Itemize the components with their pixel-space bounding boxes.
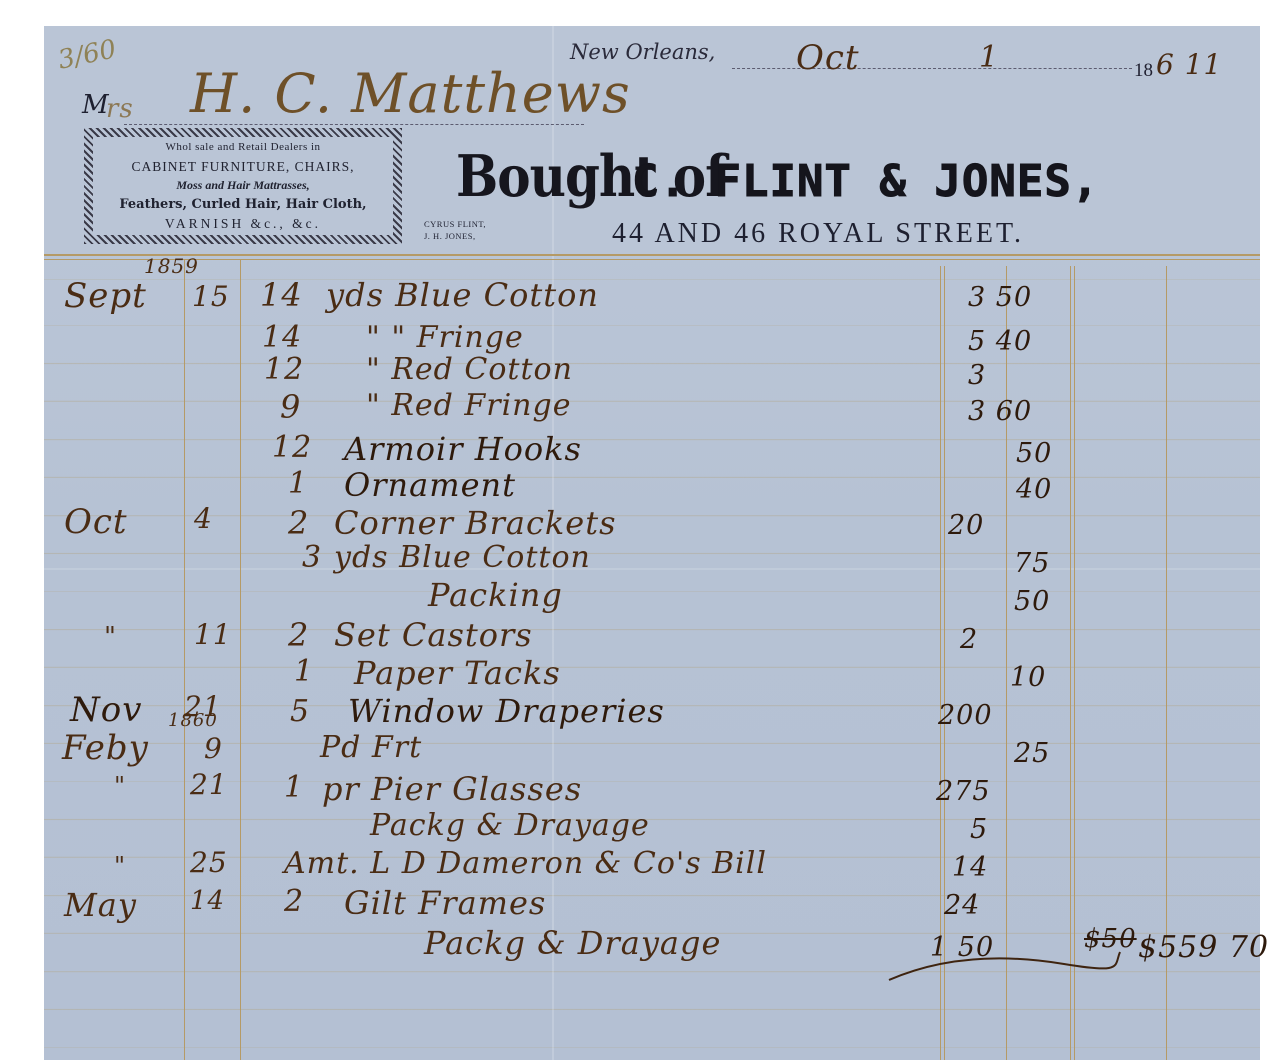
item-qty: 14 [260, 276, 303, 314]
item-day: 14 [190, 886, 225, 916]
cents-column-rule [1006, 266, 1007, 1060]
item-description: Ornament [344, 466, 516, 504]
date-dotted-line [732, 68, 1132, 69]
item-description: yds Blue Cotton [326, 276, 599, 314]
item-description: pr Pier Glasses [322, 770, 582, 808]
year-handwritten: 6 11 [1156, 48, 1222, 81]
item-qty: 5 [290, 694, 310, 729]
item-month: " [114, 772, 126, 800]
item-qty: 2 [288, 504, 309, 542]
date-month: Oct [796, 38, 860, 78]
item-day: 25 [190, 846, 228, 879]
item-amount: 25 [1014, 738, 1050, 769]
partners-list: CYRUS FLINT, J. H. JONES, [424, 218, 486, 242]
item-description: Corner Brackets [334, 504, 616, 542]
item-amount: 50 [1014, 586, 1050, 617]
item-qty: 3 [302, 540, 322, 575]
item-description: Set Castors [334, 616, 533, 654]
item-day: 11 [194, 618, 232, 651]
item-amount: 275 [936, 776, 991, 807]
header-rule [44, 259, 1260, 260]
item-amount: 2 [960, 624, 978, 655]
item-day: 9 [204, 732, 223, 765]
firm-address: 44 AND 46 ROYAL STREET. [612, 218, 1024, 250]
item-description: Packg & Drayage [424, 924, 721, 962]
item-description: Amt. L D Dameron & Co's Bill [284, 846, 767, 881]
item-qty: 12 [272, 430, 312, 465]
item-qty: 1 [288, 466, 308, 501]
total-column-rule [1070, 266, 1071, 1060]
item-amount: 75 [1014, 548, 1050, 579]
header-rule [44, 254, 1260, 256]
item-description: Gilt Frames [344, 884, 546, 922]
item-description: " " Fringe [366, 320, 524, 355]
invoice-paper: 3/60 New Orleans, Oct 1 18 6 11 M rs H. … [44, 26, 1260, 1060]
item-amount: 200 [938, 700, 993, 731]
customer-name: H. C. Matthews [190, 62, 631, 125]
ad-line-feathers: Feathers, Curled Hair, Hair Cloth, [93, 195, 393, 214]
item-day: 21 [190, 768, 228, 801]
item-month: Feby [62, 728, 149, 768]
salutation-handwritten: rs [106, 94, 134, 124]
total-column-rule [1074, 266, 1075, 1060]
item-month: Nov [70, 690, 142, 730]
item-qty: 2 [284, 884, 304, 919]
item-qty: 1 [294, 654, 314, 689]
item-year-note: 1860 [168, 710, 218, 731]
item-month: May [64, 886, 137, 924]
item-description: Armoir Hooks [344, 430, 582, 468]
item-day: 15 [192, 280, 230, 313]
item-description: Paper Tacks [354, 654, 561, 692]
item-amount: 5 40 [968, 326, 1032, 357]
day-column-rule [240, 260, 241, 1060]
item-description: Packing [428, 576, 563, 614]
item-description: yds Blue Cotton [334, 540, 591, 575]
item-description: " Red Cotton [366, 352, 573, 387]
item-description: Packg & Drayage [370, 808, 650, 843]
item-month: " [104, 622, 117, 652]
firm-name: C. FLINT & JONES, [632, 156, 1099, 207]
item-qty: 12 [264, 352, 304, 387]
item-month: " [114, 852, 126, 880]
item-qty: 14 [262, 320, 302, 355]
fold-crease-horizontal [44, 568, 1260, 570]
item-amount: 10 [1010, 662, 1046, 693]
item-description: Window Draperies [348, 692, 665, 730]
date-column-rule [184, 260, 185, 1060]
item-amount: 3 [968, 360, 986, 391]
total-amount: $559 70 [1138, 930, 1269, 965]
item-month: Oct [64, 502, 128, 542]
item-month: Sept [64, 276, 147, 316]
item-amount: 20 [948, 510, 984, 541]
flourish-underline [884, 946, 1124, 986]
item-amount: 3 50 [968, 282, 1032, 313]
item-amount: 14 [952, 852, 988, 883]
ad-line-dealers: Whol sale and Retail Dealers in [93, 138, 393, 157]
ad-line-furniture: CABINET FURNITURE, CHAIRS, [93, 157, 393, 176]
item-amount: 50 [1016, 438, 1052, 469]
item-description: " Red Fringe [366, 388, 571, 423]
ad-line-varnish: VARNISH &c., &c. [93, 214, 393, 233]
ad-line-mattresses: Moss and Hair Mattrasses, [93, 176, 393, 195]
item-day: 4 [194, 502, 213, 535]
item-description: Pd Frt [320, 730, 422, 765]
advertisement-box: Whol sale and Retail Dealers in CABINET … [84, 128, 402, 244]
item-amount: 40 [1016, 474, 1052, 505]
place-label: New Orleans, [570, 40, 715, 64]
item-qty: 9 [280, 388, 301, 426]
item-amount: 24 [944, 890, 980, 921]
year-printed: 18 [1134, 60, 1153, 82]
partner-name: J. H. JONES, [424, 230, 486, 242]
item-qty: 2 [288, 616, 309, 654]
item-amount: 5 [970, 814, 988, 845]
date-day: 1 [979, 40, 999, 75]
item-year-note: 1859 [144, 254, 199, 278]
salutation-printed: M [82, 90, 109, 120]
partner-name: CYRUS FLINT, [424, 218, 486, 230]
item-amount: 3 60 [968, 396, 1032, 427]
item-qty: 1 [284, 770, 304, 805]
